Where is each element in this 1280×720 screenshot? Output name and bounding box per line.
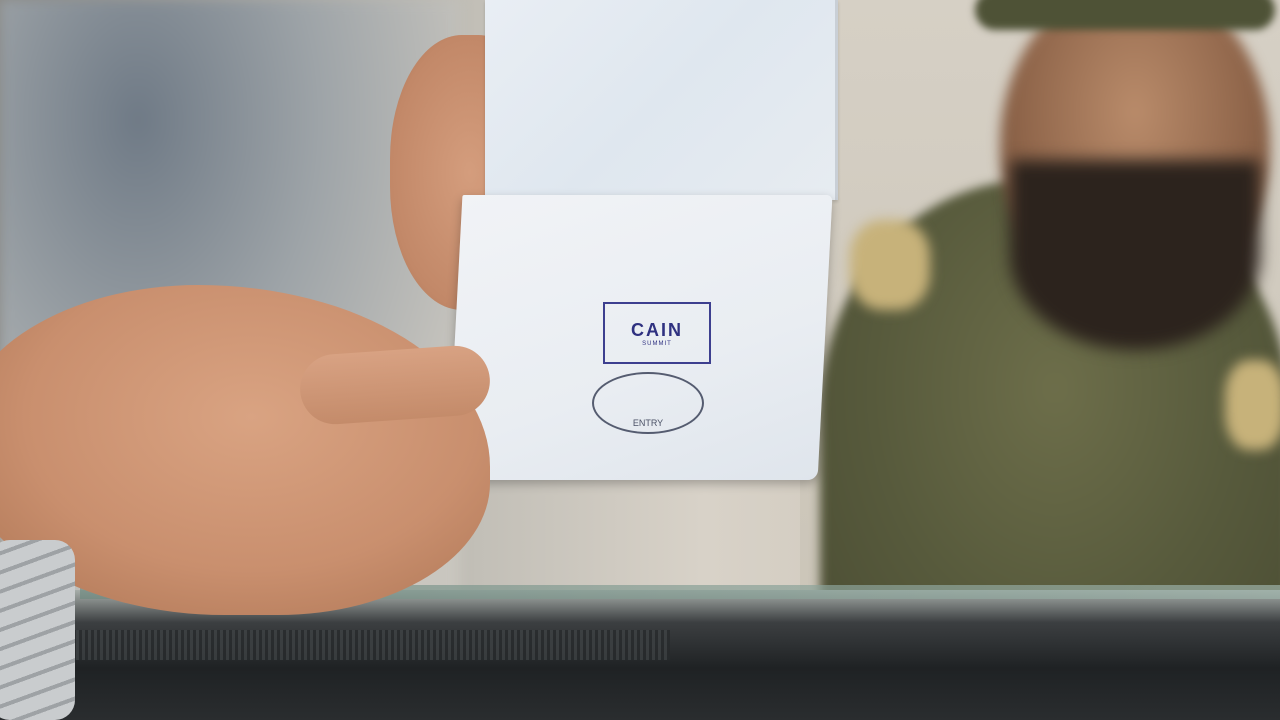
entry-stamp-label: ENTRY: [633, 418, 663, 428]
summit-stamp: CAIN SUMMIT: [603, 302, 711, 364]
summit-stamp-title: CAIN: [631, 320, 683, 341]
officer-cap: [975, 0, 1275, 30]
passport-top-page: [485, 0, 838, 200]
left-thumb: [298, 343, 492, 426]
summit-stamp-subtitle: SUMMIT: [642, 341, 672, 347]
officer-beard: [1010, 160, 1260, 350]
entry-stamp: ENTRY: [592, 372, 704, 434]
officer-epaulette: [850, 220, 930, 310]
officer-badge: [1225, 360, 1280, 450]
counter-vent: [70, 630, 670, 660]
wristwatch: [0, 540, 75, 720]
